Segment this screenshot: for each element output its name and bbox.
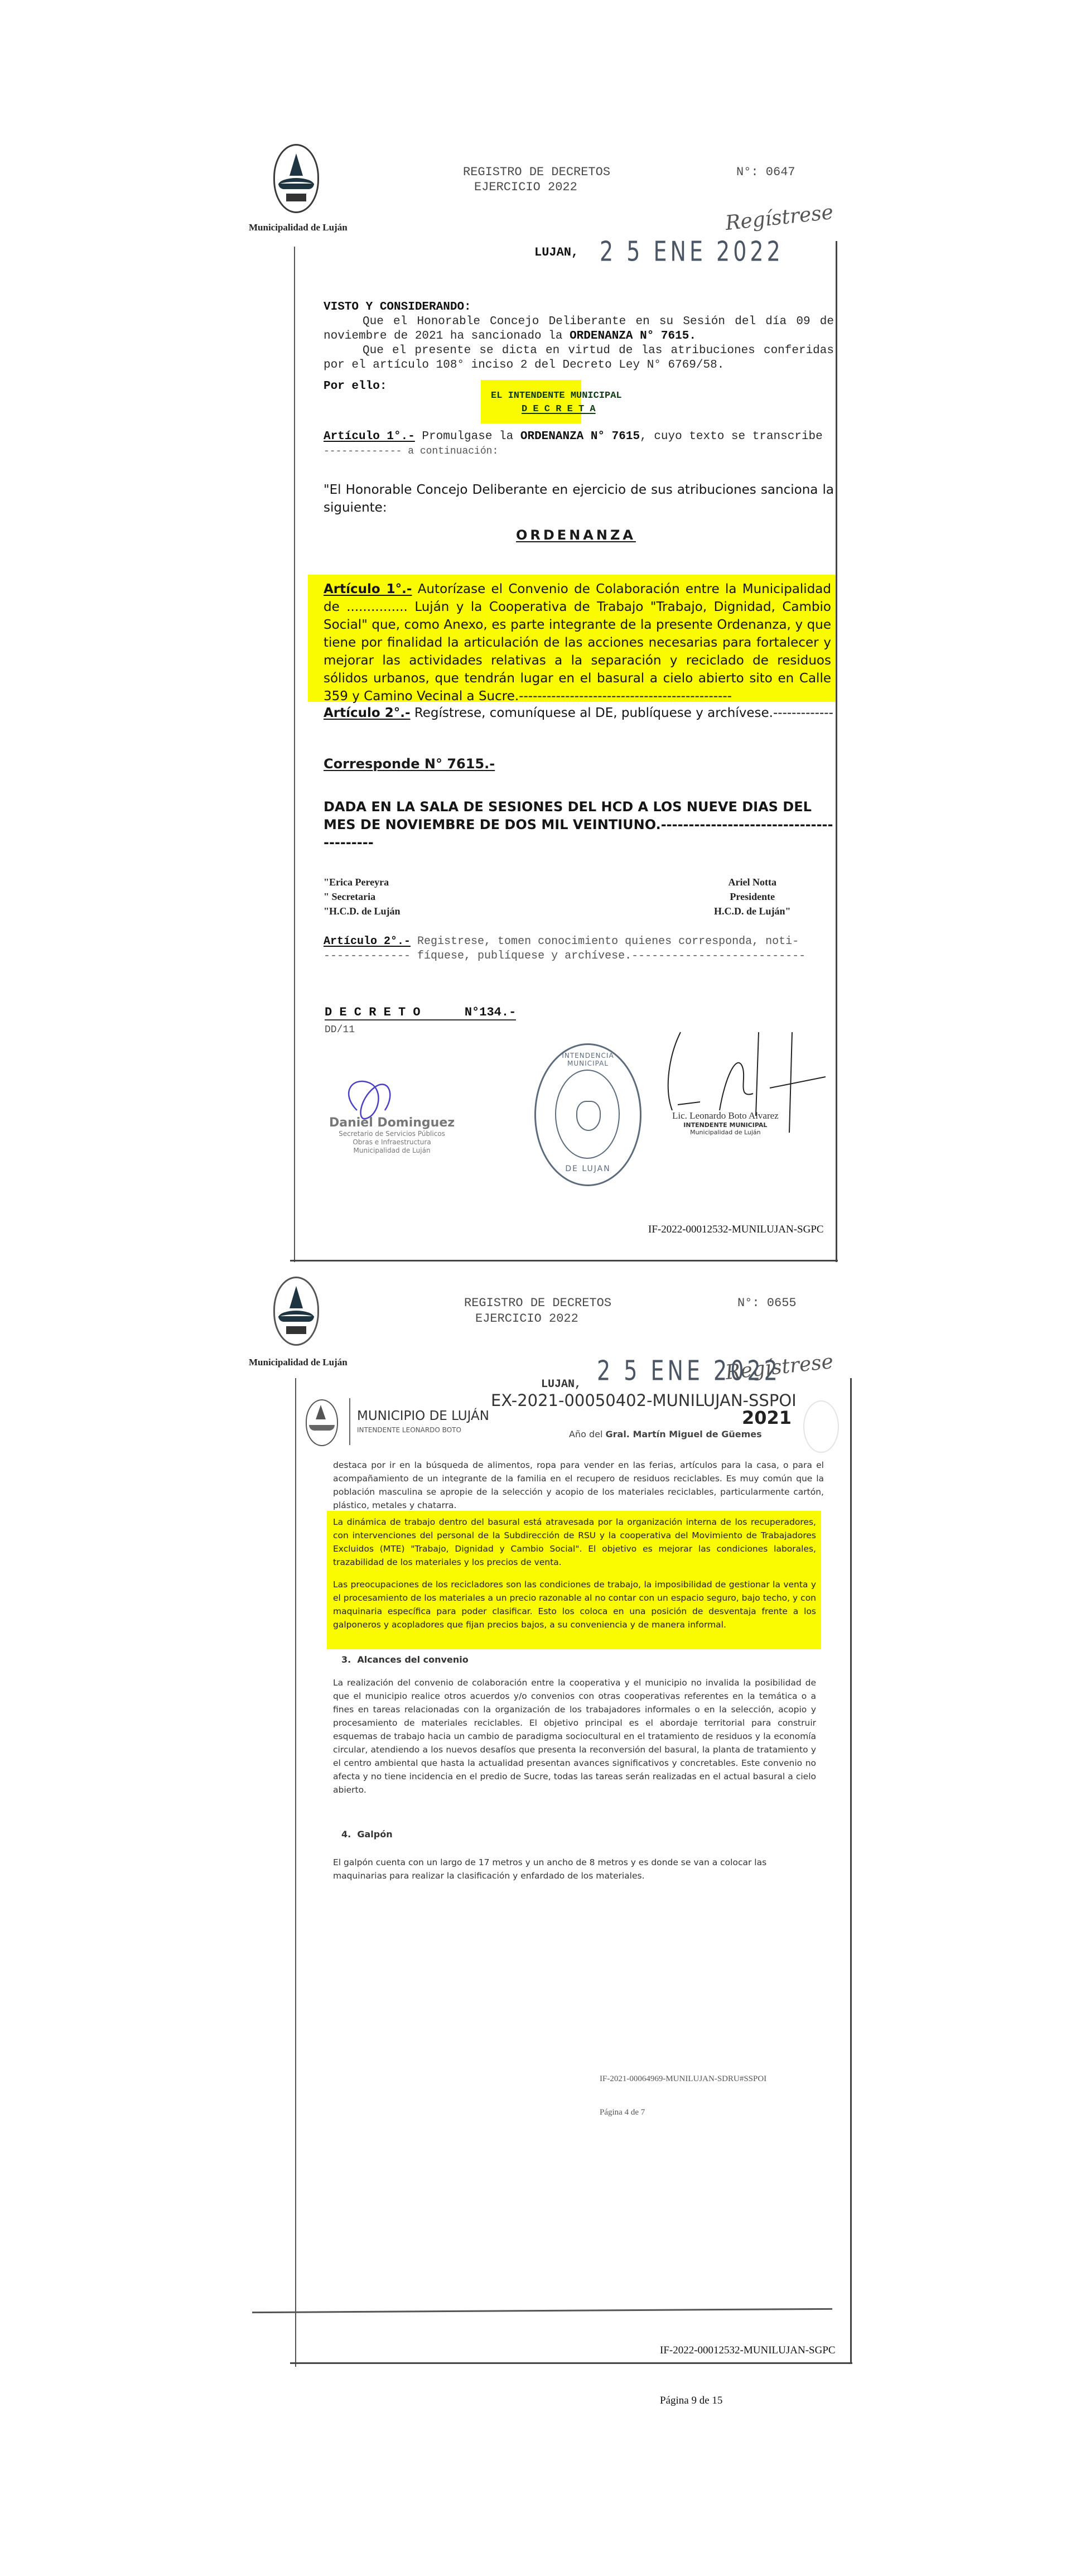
por-ello-label: Por ello: — [324, 380, 387, 393]
page-frame-right — [850, 1378, 852, 2362]
register-title: REGISTRO DE DECRETOS — [463, 165, 610, 180]
intendente-line: EL INTENDENTE MUNICIPAL — [491, 391, 622, 401]
page-frame-left — [295, 1378, 296, 2367]
decreto-initials: DD/11 — [325, 1022, 355, 1038]
dada-en-sala: DADA EN LA SALA DE SESIONES DEL HCD A LO… — [324, 798, 834, 851]
register-title: REGISTRO DE DECRETOS — [464, 1296, 611, 1311]
letterhead-divider — [349, 1398, 350, 1445]
handwritten-note: Regístrese — [724, 201, 834, 235]
section-4-text: El galpón cuenta con un largo de 17 metr… — [333, 1856, 816, 1882]
section-3-title: 3. Alcances del convenio — [341, 1654, 469, 1665]
paragraph-intro: destaca por ir en la búsqueda de aliment… — [333, 1458, 824, 1512]
letterhead-intendente: INTENDENTE LEONARDO BOTO — [357, 1426, 461, 1434]
city-label: LUJAN, — [541, 1378, 581, 1391]
visto-heading: VISTO Y CONSIDERANDO: — [324, 301, 471, 314]
visto-paragraph-2: Que el presente se dicta en virtud de la… — [324, 344, 834, 373]
articulo-1-label: Artículo 1°.- — [324, 430, 415, 443]
ordenanza-article-2: Artículo 2°.- Regístrese, comuníquese al… — [324, 704, 834, 722]
visto-block: VISTO Y CONSIDERANDO: Que el Honorable C… — [324, 300, 834, 373]
paragraph-highlight-2: Las preocupaciones de los recicladores s… — [333, 1578, 816, 1631]
paragraph-highlight-1: La dinámica de trabajo dentro del basura… — [333, 1515, 816, 1569]
signature-secretaria: "Erica Pereyra" Secretaria"H.C.D. de Luj… — [324, 875, 401, 918]
signature-presidente: Ariel NottaPresidenteH.C.D. de Luján" — [714, 875, 791, 918]
date-stamp: 2 5 ENE 2022 — [597, 1355, 781, 1386]
articulo-2-decreto: Artículo 2°.- Registrese, tomen conocimi… — [324, 935, 805, 964]
signer-dominguez: Daniel Dominguez Secretario de Servicios… — [329, 1116, 455, 1155]
ordenanza-article-1: Artículo 1°.- Autorízase el Convenio de … — [324, 580, 831, 705]
city-label: LUJAN, — [534, 245, 578, 259]
register-number: N°: 0647 — [736, 165, 795, 180]
inner-seal-icon — [306, 1399, 338, 1446]
register-year: EJERCICIO 2022 — [474, 180, 577, 195]
watermark-seal-icon — [803, 1400, 839, 1453]
letterhead-motto: Año del Gral. Martín Miguel de Güemes — [569, 1429, 762, 1439]
register-number: N°: 0655 — [737, 1296, 797, 1311]
decreta-line: D E C R E T A — [522, 404, 596, 415]
page2-footer-code: IF-2022-00012532-MUNILUJAN-SGPC — [660, 2344, 836, 2357]
corresponde-label: Corresponde N° 7615.- — [324, 756, 495, 772]
inner-page-number: Página 4 de 7 — [600, 2108, 645, 2117]
logo-caption: Municipalidad de Luján — [249, 1357, 348, 1368]
municipality-seal-icon — [273, 1277, 319, 1346]
decreto-number-line: D E C R E T O N°134.- — [325, 1005, 516, 1020]
ordenanza-title: ORDENANZA — [516, 527, 636, 543]
logo-caption: Municipalidad de Luján — [249, 222, 348, 233]
page-frame-bottom — [290, 2362, 852, 2364]
signer-boto: Lic. Leonardo Boto Alvarez INTENDENTE MU… — [672, 1110, 779, 1136]
page-frame-left — [294, 247, 295, 1262]
inner-footer-code: IF-2021-00064969-MUNILUJAN-SDRU#SSPOI — [600, 2074, 766, 2084]
register-year: EJERCICIO 2022 — [475, 1311, 578, 1327]
articulo-1-promulgacion: Artículo 1°.- Promulgase la ORDENANZA N°… — [324, 430, 834, 459]
page-frame-bottom — [290, 1260, 838, 1261]
hcd-intro: "El Honorable Concejo Deliberante en eje… — [324, 481, 834, 517]
scan-divider-line — [252, 2308, 832, 2313]
letterhead-municipio: MUNICIPIO DE LUJÁN — [357, 1409, 489, 1423]
intendente-highlight — [481, 380, 581, 423]
date-stamp: 2 5 ENE 2022 — [600, 235, 784, 267]
page-number: Página 9 de 15 — [660, 2395, 722, 2407]
intendencia-stamp-icon: INTENDENCIA MUNICIPAL DE LUJAN — [534, 1043, 641, 1186]
visto-paragraph-1: Que el Honorable Concejo Deliberante en … — [324, 315, 834, 344]
section-3-text: La realización del convenio de colaborac… — [333, 1676, 816, 1797]
letterhead-year: 2021 — [742, 1407, 792, 1428]
municipality-seal-icon — [273, 144, 319, 213]
page1-footer-code: IF-2022-00012532-MUNILUJAN-SGPC — [648, 1224, 824, 1236]
section-4-title: 4. Galpón — [341, 1829, 393, 1840]
